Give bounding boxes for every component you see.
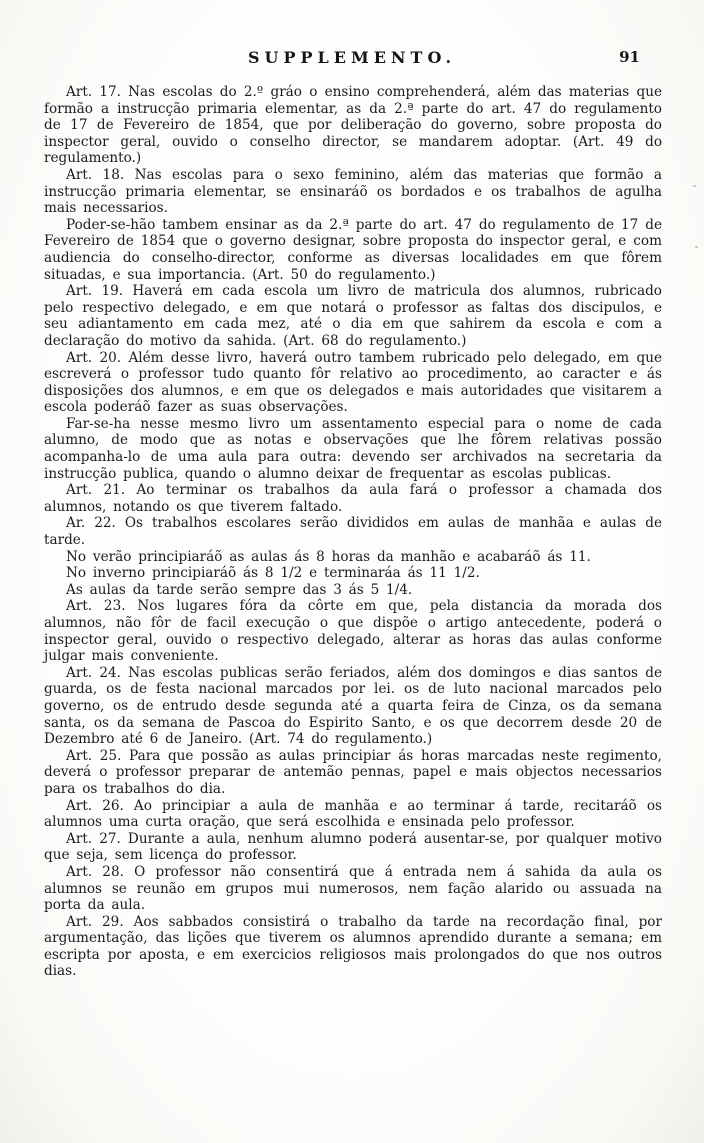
paragraph-art-27: Art. 27. Durante a aula, nenhum alumno p… xyxy=(44,831,662,864)
paragraph-art-22-inverno: No inverno principiaráõ ás 8 1/2 e termi… xyxy=(44,565,662,582)
scan-speck xyxy=(695,246,698,248)
paragraph-art-20-cont: Far-se-ha nesse mesmo livro um assentame… xyxy=(44,416,662,482)
paragraph-art-28: Art. 28. O professor não consentirá que … xyxy=(44,864,662,914)
page-title: SUPPLEMENTO. xyxy=(0,48,704,67)
paragraph-art-22-verao: No verão principiaráõ as aulas ás 8 hora… xyxy=(44,549,662,566)
document-body: Art. 17. Nas escolas do 2.º gráo o ensin… xyxy=(44,84,662,980)
paragraph-art-22-tarde: As aulas da tarde serão sempre das 3 ás … xyxy=(44,582,662,599)
paragraph-art-18-cont: Poder-se-hão tambem ensinar as da 2.ª pa… xyxy=(44,217,662,283)
scanned-document-page: SUPPLEMENTO. 91 Art. 17. Nas escolas do … xyxy=(0,0,704,1143)
paragraph-art-22: Ar. 22. Os trabalhos escolares serão div… xyxy=(44,515,662,548)
paragraph-art-29: Art. 29. Aos sabbados consistirá o traba… xyxy=(44,914,662,980)
paragraph-art-24: Art. 24. Nas escolas publicas serão feri… xyxy=(44,665,662,748)
paragraph-art-20: Art. 20. Além desse livro, haverá outro … xyxy=(44,350,662,416)
paragraph-art-25: Art. 25. Para que possão as aulas princi… xyxy=(44,748,662,798)
running-header: SUPPLEMENTO. 91 xyxy=(0,0,704,74)
paragraph-art-17: Art. 17. Nas escolas do 2.º gráo o ensin… xyxy=(44,84,662,167)
paragraph-art-21: Art. 21. Ao terminar os trabalhos da aul… xyxy=(44,482,662,515)
paragraph-art-23: Art. 23. Nos lugares fóra da côrte em qu… xyxy=(44,598,662,664)
page-number: 91 xyxy=(619,48,640,66)
paragraph-art-18: Art. 18. Nas escolas para o sexo feminin… xyxy=(44,167,662,217)
paragraph-art-26: Art. 26. Ao principiar a aula de manhãa … xyxy=(44,798,662,831)
scan-speck xyxy=(620,625,622,627)
scan-speck xyxy=(693,185,696,187)
paragraph-art-19: Art. 19. Haverá em cada escola um livro … xyxy=(44,283,662,349)
